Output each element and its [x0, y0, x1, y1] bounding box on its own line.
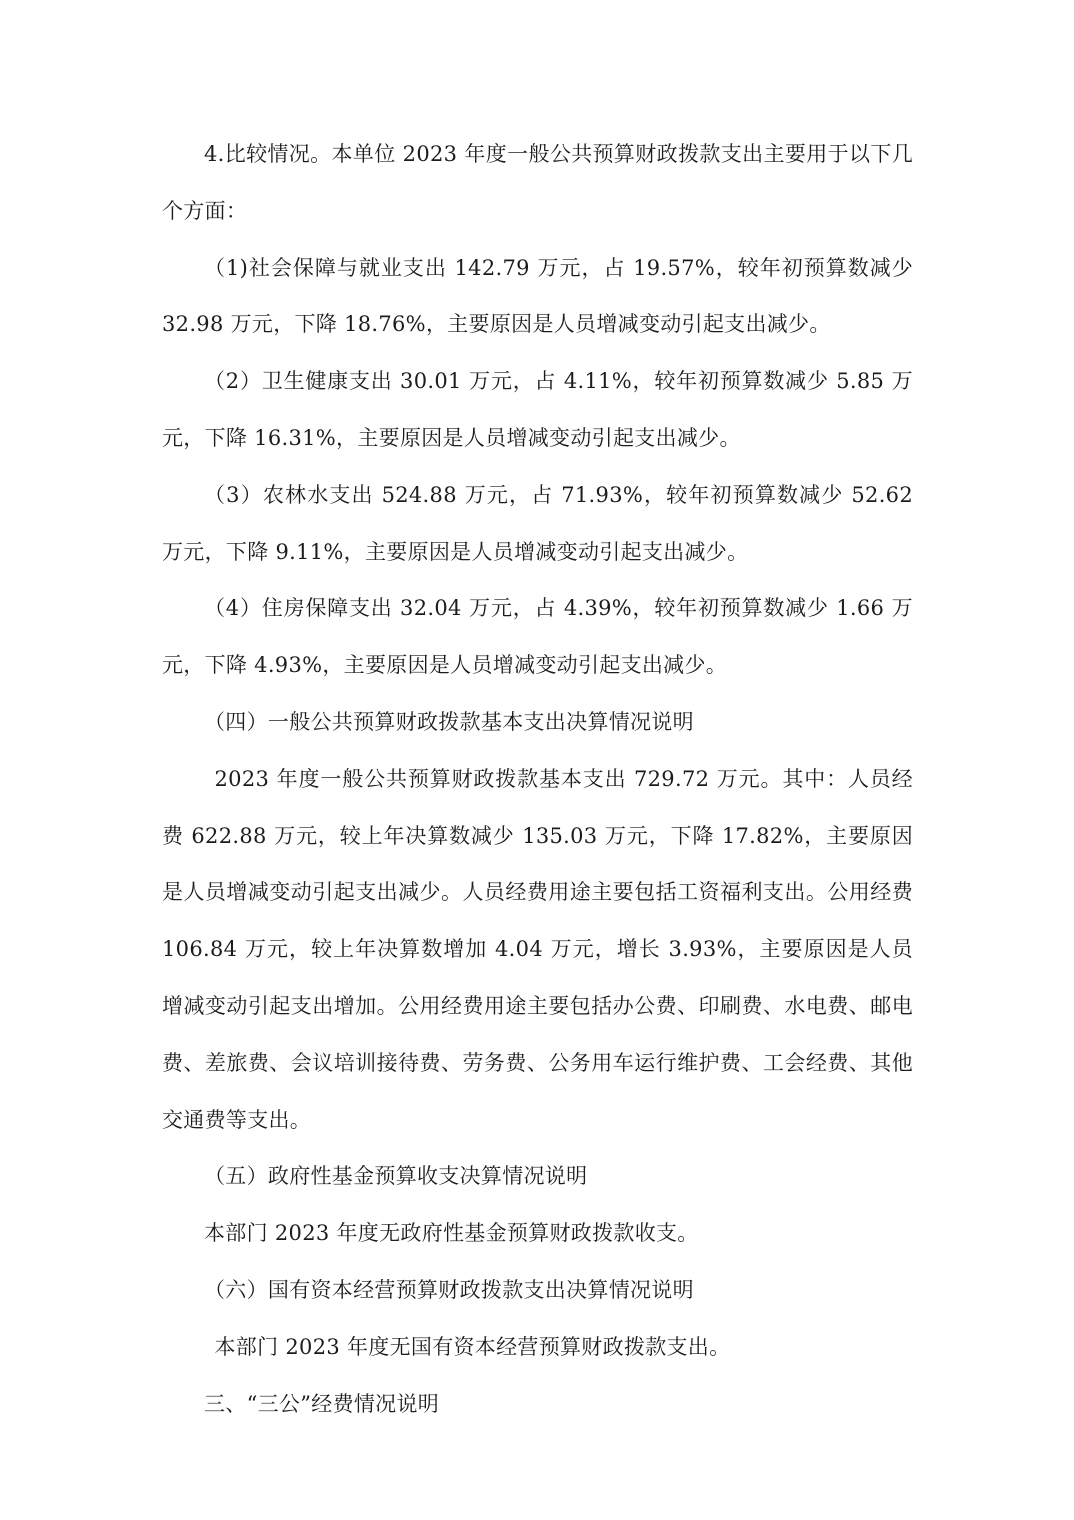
heading-three-public-funds: 三、“三公”经费情况说明 [162, 1376, 913, 1433]
heading-section-6-state-capital: （六）国有资本经营预算财政拨款支出决算情况说明 [162, 1262, 913, 1319]
para-government-fund-none: 本部门 2023 年度无政府性基金预算财政拨款收支。 [162, 1205, 913, 1262]
heading-section-5-government-fund: （五）政府性基金预算收支决算情况说明 [162, 1148, 913, 1205]
para-comparison-intro: 4.比较情况。本单位 2023 年度一般公共预算财政拨款支出主要用于以下几个方面… [162, 126, 913, 240]
para-state-capital-none: 本部门 2023 年度无国有资本经营预算财政拨款支出。 [162, 1319, 913, 1376]
heading-section-4-basic-expenditure: （四）一般公共预算财政拨款基本支出决算情况说明 [162, 694, 913, 751]
para-item-2-health: （2）卫生健康支出 30.01 万元，占 4.11%，较年初预算数减少 5.85… [162, 353, 913, 467]
document-page: 4.比较情况。本单位 2023 年度一般公共预算财政拨款支出主要用于以下几个方面… [0, 0, 1074, 1520]
document-content: 4.比较情况。本单位 2023 年度一般公共预算财政拨款支出主要用于以下几个方面… [162, 126, 913, 1432]
para-basic-expenditure-detail: 2023 年度一般公共预算财政拨款基本支出 729.72 万元。其中：人员经费 … [162, 751, 913, 1149]
para-item-4-housing-security: （4）住房保障支出 32.04 万元，占 4.39%，较年初预算数减少 1.66… [162, 580, 913, 694]
para-item-1-social-security: （1)社会保障与就业支出 142.79 万元，占 19.57%，较年初预算数减少… [162, 240, 913, 354]
para-item-3-agriculture-forestry-water: （3）农林水支出 524.88 万元，占 71.93%，较年初预算数减少 52.… [162, 467, 913, 581]
